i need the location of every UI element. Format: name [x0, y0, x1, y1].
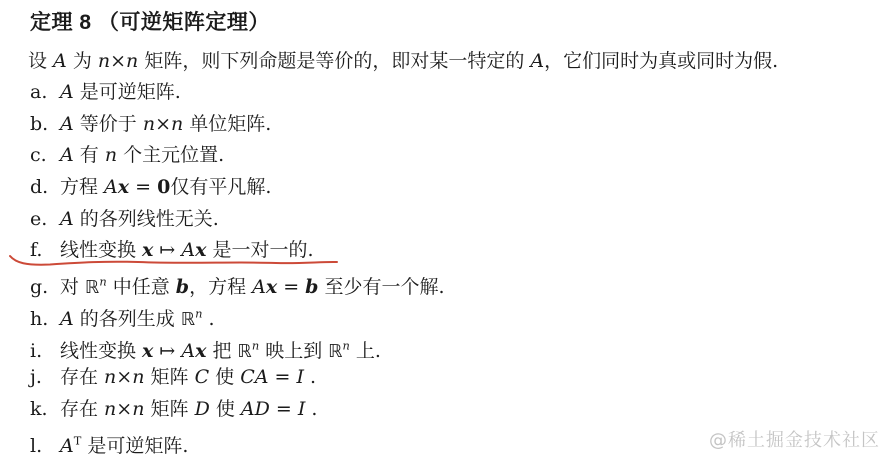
text-segment: A: [530, 50, 544, 72]
textbook-page: 定理 8 （可逆矩阵定理） 设 A 为 n×n 矩阵，则下列命题是等价的，即对某…: [0, 0, 888, 458]
text-segment: A: [60, 144, 74, 166]
item-letter-label: b.: [30, 109, 60, 141]
item-letter-label: f.: [30, 235, 60, 267]
item-text: A 的各列线性无关.: [60, 208, 219, 230]
text-segment: ，它们同时为真或同时为假.: [544, 50, 778, 72]
theorem-item-b: b.A 等价于 n×n 单位矩阵.: [30, 109, 445, 141]
theorem-item-d: d.方程 Ax = 0仅有平凡解.: [30, 172, 445, 204]
text-segment: 映上到: [259, 340, 328, 362]
text-segment: b: [305, 276, 318, 298]
theorem-item-a: a.A 是可逆矩阵.: [30, 77, 445, 109]
text-segment: =: [277, 276, 305, 298]
text-segment: 为: [67, 50, 98, 72]
text-segment: A: [60, 208, 74, 230]
item-text: 方程 Ax = 0仅有平凡解.: [60, 176, 271, 198]
item-text: A 等价于 n×n 单位矩阵.: [60, 113, 271, 135]
item-text: 线性变换 x ↦ Ax 把 ℝn 映上到 ℝn 上.: [60, 340, 381, 362]
text-segment: ℝ: [181, 309, 195, 330]
text-segment: 方程: [60, 176, 104, 198]
item-letter-label: a.: [30, 77, 60, 109]
text-segment: n: [343, 339, 350, 353]
text-segment: A: [60, 113, 74, 135]
text-segment: ↦: [153, 239, 181, 261]
text-segment: .: [202, 308, 214, 330]
text-segment: A: [60, 435, 74, 457]
text-segment: n: [126, 50, 138, 72]
theorem-item-list: a.A 是可逆矩阵.b.A 等价于 n×n 单位矩阵.c.A 有 n 个主元位置…: [30, 77, 445, 457]
text-segment: .: [304, 366, 316, 388]
text-segment: 对: [60, 276, 85, 298]
text-segment: 设: [28, 50, 53, 72]
text-segment: A: [104, 176, 118, 198]
item-text: A 有 n 个主元位置.: [60, 144, 224, 166]
text-segment: 是一对一的.: [206, 239, 313, 261]
text-segment: A: [60, 81, 74, 103]
text-segment: n: [132, 366, 144, 388]
text-segment: n: [104, 398, 116, 420]
text-segment: 矩阵，则下列命题是等价的，即对某一特定的: [138, 50, 530, 72]
text-segment: 使: [209, 366, 240, 388]
text-segment: ℝ: [85, 277, 99, 298]
text-segment: 矩阵: [144, 398, 194, 420]
text-segment: 线性变换: [60, 239, 142, 261]
text-segment: 矩阵: [144, 366, 194, 388]
text-segment: A: [252, 276, 266, 298]
theorem-item-k: k.存在 n×n 矩阵 D 使 AD = I .: [30, 394, 445, 426]
item-letter-label: l.: [30, 431, 60, 458]
item-text: 对 ℝn 中任意 b，方程 Ax = b 至少有一个解.: [60, 276, 445, 298]
text-segment: C: [195, 366, 210, 388]
text-segment: x: [118, 176, 129, 198]
item-text: 存在 n×n 矩阵 C 使 CA = I .: [60, 366, 316, 388]
text-segment: 线性变换: [60, 340, 142, 362]
text-segment: A: [60, 308, 74, 330]
text-segment: ×: [116, 398, 132, 420]
theorem-item-i: i.线性变换 x ↦ Ax 把 ℝn 映上到 ℝn 上.: [30, 331, 445, 363]
theorem-item-c: c.A 有 n 个主元位置.: [30, 140, 445, 172]
text-segment: ×: [116, 366, 132, 388]
text-segment: A: [53, 50, 67, 72]
theorem-intro: 设 A 为 n×n 矩阵，则下列命题是等价的，即对某一特定的 A，它们同时为真或…: [28, 46, 778, 73]
text-segment: ，方程: [189, 276, 252, 298]
text-segment: AD: [241, 398, 270, 420]
text-segment: ×: [155, 113, 171, 135]
theorem-title: 定理 8 （可逆矩阵定理）: [30, 6, 270, 36]
text-segment: 个主元位置.: [117, 144, 224, 166]
text-segment: n: [132, 398, 144, 420]
theorem-item-h: h.A 的各列生成 ℝn .: [30, 299, 445, 331]
item-text: 线性变换 x ↦ Ax 是一对一的.: [60, 239, 314, 261]
text-segment: A: [181, 340, 195, 362]
text-segment: n: [99, 275, 106, 289]
theorem-item-g: g.对 ℝn 中任意 b，方程 Ax = b 至少有一个解.: [30, 267, 445, 299]
text-segment: 的各列生成: [74, 308, 181, 330]
theorem-item-e: e.A 的各列线性无关.: [30, 204, 445, 236]
text-segment: 仅有平凡解.: [170, 176, 271, 198]
text-segment: 0: [157, 176, 170, 198]
text-segment: ℝ: [328, 341, 342, 362]
item-text: A 是可逆矩阵.: [60, 81, 181, 103]
text-segment: 存在: [60, 366, 104, 388]
text-segment: 单位矩阵.: [183, 113, 271, 135]
text-segment: =: [268, 366, 296, 388]
text-segment: ℝ: [238, 341, 252, 362]
text-segment: n: [104, 366, 116, 388]
item-letter-label: j.: [30, 362, 60, 394]
text-segment: x: [195, 239, 206, 261]
text-segment: n: [105, 144, 117, 166]
text-segment: CA: [240, 366, 268, 388]
text-segment: 有: [74, 144, 105, 166]
text-segment: 等价于: [74, 113, 143, 135]
item-text: A 的各列生成 ℝn .: [60, 308, 215, 330]
text-segment: x: [142, 340, 153, 362]
text-segment: 存在: [60, 398, 104, 420]
text-segment: =: [270, 398, 298, 420]
text-segment: 使: [210, 398, 241, 420]
text-segment: 是可逆矩阵.: [74, 81, 181, 103]
item-text: 存在 n×n 矩阵 D 使 AD = I .: [60, 398, 317, 420]
theorem-item-j: j.存在 n×n 矩阵 C 使 CA = I .: [30, 362, 445, 394]
text-segment: 中任意: [107, 276, 176, 298]
text-segment: ↦: [153, 340, 181, 362]
text-segment: 至少有一个解.: [318, 276, 444, 298]
text-segment: x: [266, 276, 277, 298]
text-segment: A: [181, 239, 195, 261]
theorem-item-f: f.线性变换 x ↦ Ax 是一对一的.: [30, 235, 445, 267]
item-letter-label: k.: [30, 394, 60, 426]
item-letter-label: c.: [30, 140, 60, 172]
item-text: AT 是可逆矩阵.: [60, 435, 188, 457]
text-segment: 是可逆矩阵.: [81, 435, 188, 457]
text-segment: 把: [206, 340, 237, 362]
item-letter-label: d.: [30, 172, 60, 204]
watermark-text: @稀土掘金技术社区: [709, 426, 880, 452]
text-segment: ×: [110, 50, 126, 72]
text-segment: I: [296, 366, 304, 388]
text-segment: n: [98, 50, 110, 72]
text-segment: n: [171, 113, 183, 135]
theorem-item-l: l.AT 是可逆矩阵.: [30, 426, 445, 458]
text-segment: x: [195, 340, 206, 362]
text-segment: b: [176, 276, 189, 298]
text-segment: =: [129, 176, 157, 198]
text-segment: x: [142, 239, 153, 261]
text-segment: n: [143, 113, 155, 135]
text-segment: 的各列线性无关.: [74, 208, 219, 230]
text-segment: 上.: [350, 340, 381, 362]
text-segment: .: [305, 398, 317, 420]
item-letter-label: e.: [30, 204, 60, 236]
text-segment: D: [195, 398, 210, 420]
